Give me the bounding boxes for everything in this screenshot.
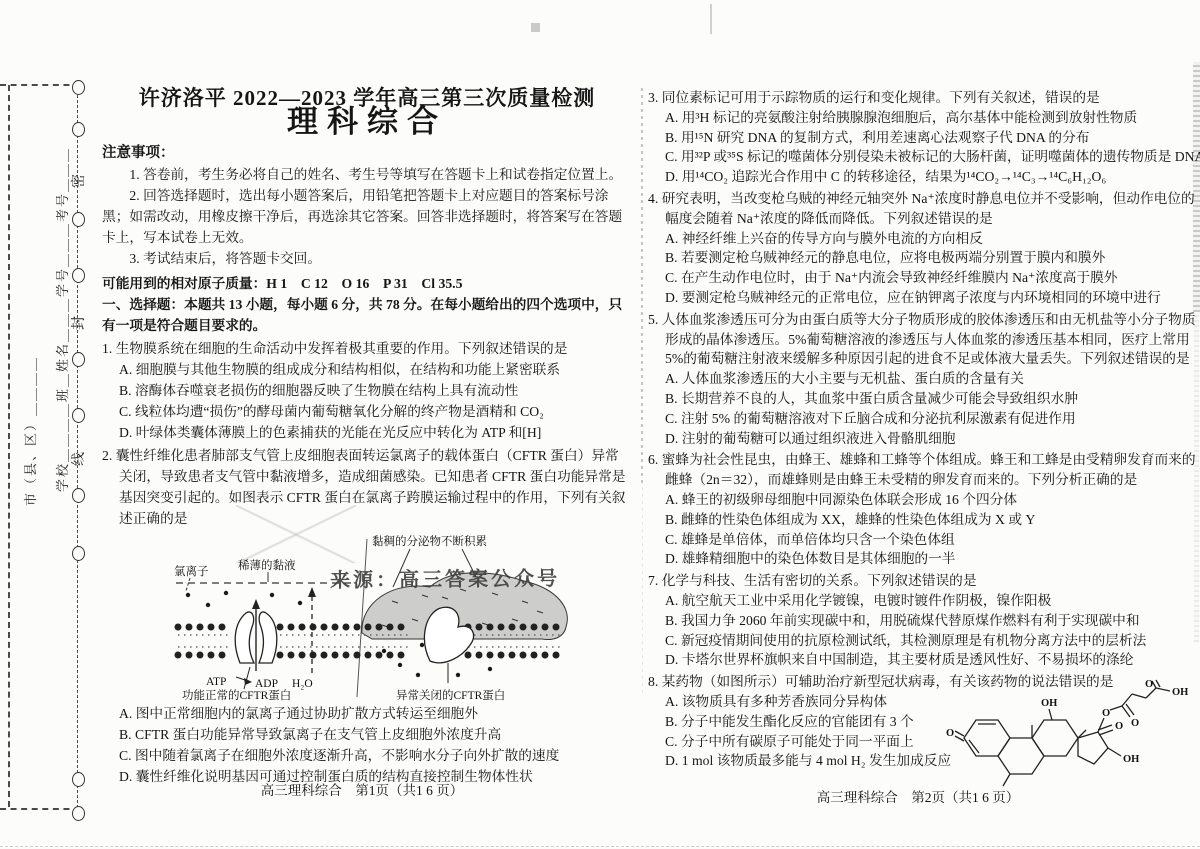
- question-7-option-d: D. 卡塔尔世界杯旗帜来自中国制造，其主要材质是透风性好、不易损坏的涤纶: [648, 650, 1196, 670]
- question-6-option-c: C. 雄蜂是单倍体，而单倍体均只含一个染色体组: [648, 530, 1196, 550]
- drug-structure-svg: O OH O O O OH O OH: [946, 678, 1196, 798]
- answer-source-watermark: 来源：高三答案公众号: [330, 562, 560, 593]
- notice-item: 1. 答卷前，考生务必将自己的姓名、考生号等填写在答题卡上和试卷指定位置上。: [102, 164, 632, 185]
- question-2-option-a: A. 图中正常细胞内的氯离子通过协助扩散方式转运至细胞外: [102, 703, 632, 724]
- question-7-option-c: C. 新冠疫情期间使用的抗原检测试纸，其检测原理是有机物分离方法中的层析法: [648, 631, 1196, 651]
- bottom-scan-edge: [0, 846, 1200, 847]
- question-7-stem: 7. 化学与科技、生活有密切的关系。下列叙述错误的是: [648, 571, 1196, 591]
- cftr-membrane-figure: 黏稠的分泌物不断积累 稀薄的黏液 氯离子: [160, 531, 590, 703]
- registration-mark: [710, 4, 712, 34]
- question-6-option-a: A. 蜂王的初级卵母细胞中同源染色体联会形成 16 个四分体: [648, 490, 1196, 510]
- page-1-footer: 高三理科综合 第1页（共1 6 页）: [102, 779, 622, 799]
- figure-label-chloride: 氯离子: [174, 564, 209, 578]
- question-3-option-c: C. 用³²P 或³⁵S 标记的噬菌体分别侵染未被标记的大肠杆菌，证明噬菌体的遗…: [648, 147, 1196, 167]
- question-1-option-d: D. 叶绿体类囊体薄膜上的色素捕获的光能在光反应中转化为 ATP 和[H]: [102, 422, 632, 443]
- figure-label-abnormal-protein: 异常关闭的CFTR蛋白: [396, 688, 505, 702]
- chem-label-hydroxyl-top: OH: [1041, 698, 1057, 709]
- question-1-option-b: B. 溶酶体吞噬衰老损伤的细胞器反映了生物膜在结构上具有流动性: [102, 380, 632, 401]
- chem-label-ester-o: O: [1102, 708, 1110, 719]
- figure-label-normal-protein: 功能正常的CFTR蛋白: [182, 688, 291, 702]
- notice-item: 2. 回答选择题时，选出每小题答案后，用铅笔把答题卡上对应题目的答案标号涂黑；如…: [102, 185, 632, 248]
- scanned-exam-page: 密 封 线 学校＿＿＿＿班＿姓名＿＿＿学号＿＿＿考号＿＿＿ 市（县、区）＿＿＿＿…: [0, 0, 1200, 849]
- question-1-option-a: A. 细胞膜与其他生物膜的组成成分和结构相似，在结构和功能上紧密联系: [102, 359, 632, 380]
- page-2-footer: 高三理科综合 第2页（共1 6 页）: [648, 786, 1188, 806]
- page-1-column: 许济洛平 2022—2023 学年高三第三次质量检测 理科综合 注意事项： 1.…: [102, 88, 632, 787]
- question-6-option-d: D. 雄蜂精细胞中的染色体数目是其体细胞的一半: [648, 549, 1196, 569]
- figure-label-adp: ADP: [255, 678, 278, 690]
- question-4-option-d: D. 要测定枪乌贼神经元的正常电位，应在钠钾离子浓度与内环境相同的环境中进行: [648, 288, 1196, 308]
- drug-structure-figure: O OH O O O OH O OH: [946, 678, 1196, 798]
- seal-circle: [72, 772, 85, 787]
- notice-heading: 注意事项：: [102, 143, 632, 164]
- question-3-stem: 3. 同位素标记可用于示踪物质的运行和变化规律。下列有关叙述，错误的是: [648, 88, 1196, 108]
- seal-circle: [72, 212, 85, 227]
- question-7: 7. 化学与科技、生活有密切的关系。下列叙述错误的是 A. 航空航天工业中采用化…: [648, 571, 1196, 670]
- question-5-option-a: A. 人体血浆渗透压的大小主要与无机盐、蛋白质的含量有关: [648, 369, 1196, 389]
- seal-circle: [72, 546, 85, 561]
- question-3-option-d: D. 用¹⁴CO₂ 追踪光合作用中 C 的转移途径，结果为¹⁴CO₂→¹⁴C₃→…: [648, 167, 1196, 187]
- registration-mark: [531, 23, 540, 32]
- section-1-intro: 一、选择题：本题共 13 小题，每小题 6 分，共 78 分。在每小题给出的四个…: [102, 294, 632, 336]
- question-5-stem: 5. 人体血浆渗透压可分为由蛋白质等大分子物质形成的胶体渗透压和由无机盐等小分子…: [648, 310, 1196, 369]
- chem-label-acid-o: O: [1145, 679, 1153, 690]
- question-4-stem: 4. 研究表明，当改变枪乌贼的神经元轴突外 Na⁺浓度时静息电位并不受影响，但动…: [648, 189, 1196, 229]
- chem-label-hydroxyl-bottom: OH: [1123, 754, 1139, 765]
- seal-circle: [72, 408, 85, 423]
- seal-circle: [72, 80, 85, 95]
- question-6-option-b: B. 雌蜂的性染色体组成为 XX，雄蜂的性染色体组成为 X 或 Y: [648, 510, 1196, 530]
- question-5-option-d: D. 注射的葡萄糖可以通过组织液进入骨骼肌细胞: [648, 429, 1196, 449]
- question-4-option-c: C. 在产生动作电位时，由于 Na⁺内流会导致神经纤维膜内 Na⁺浓度高于膜外: [648, 268, 1196, 288]
- center-fold-line: [641, 88, 643, 483]
- seal-circle: [72, 122, 85, 137]
- question-3-option-b: B. 用¹⁵N 研究 DNA 的复制方式，利用差速离心法观察子代 DNA 的分布: [648, 128, 1196, 148]
- question-1: 1. 生物膜系统在细胞的生命活动中发挥着极其重要的作用。下列叙述错误的是 A. …: [102, 338, 632, 443]
- question-6: 6. 蜜蜂为社会性昆虫，由蜂王、雄蜂和工蜂等个体组成。蜂王和工蜂是由受精卵发育而…: [648, 450, 1196, 569]
- question-7-option-b: B. 我国力争 2060 年前实现碳中和，用脱硫煤代替原煤作燃料有利于实现碳中和: [648, 611, 1196, 631]
- notice-item: 3. 考试结束后，将答题卡交回。: [102, 248, 632, 269]
- seal-char-mi: 密: [68, 172, 88, 188]
- question-4-option-b: B. 若要测定枪乌贼神经元的静息电位，应将电极两端分别置于膜内和膜外: [648, 248, 1196, 268]
- question-7-option-a: A. 航空航天工业中采用化学镀镍，电镀时镀件作阴极，镍作阳极: [648, 591, 1196, 611]
- seal-circle: [72, 352, 85, 367]
- seal-circle: [72, 806, 85, 821]
- question-2-stem: 2. 囊性纤维化患者肺部支气管上皮细胞表面转运氯离子的载体蛋白（CFTR 蛋白）…: [102, 445, 632, 529]
- question-4: 4. 研究表明，当改变枪乌贼的神经元轴突外 Na⁺浓度时静息电位并不受影响，但动…: [648, 189, 1196, 308]
- subject-title: 理科综合: [102, 111, 632, 132]
- figure-label-thick-mucus: 黏稠的分泌物不断积累: [372, 534, 487, 548]
- chem-label-ester-carbonyl-o: O: [1131, 718, 1139, 729]
- figure-label-water: H₂O: [292, 678, 313, 690]
- question-5: 5. 人体血浆渗透压可分为由蛋白质等大分子物质形成的胶体渗透压和由无机盐等小分子…: [648, 310, 1196, 449]
- seal-circle: [72, 488, 85, 503]
- seal-line-inner: [77, 85, 78, 813]
- question-5-option-b: B. 长期营养不良的人，其血浆中蛋白质含量减少可能会导致组织水肿: [648, 389, 1196, 409]
- seal-circle: [72, 268, 85, 283]
- question-2: 2. 囊性纤维化患者肺部支气管上皮细胞表面转运氯离子的载体蛋白（CFTR 蛋白）…: [102, 445, 632, 787]
- seal-line-bottom: [0, 808, 80, 810]
- seal-line-top: [0, 84, 80, 86]
- seal-line-outer: [8, 85, 10, 807]
- question-2-option-c: C. 图中随着氯离子在细胞外浓度逐渐升高，不影响水分子向外扩散的速度: [102, 745, 632, 766]
- seal-char-feng: 封: [68, 314, 88, 330]
- cftr-diagram-svg: 黏稠的分泌物不断积累 稀薄的黏液 氯离子: [160, 531, 590, 703]
- atomic-mass-line: 可能用到的相对原子质量：H 1 C 12 O 16 P 31 Cl 35.5: [102, 273, 632, 294]
- chem-label-ketone-left: O: [946, 728, 954, 739]
- question-4-option-a: A. 神经纤维上兴奋的传导方向与膜外电流的方向相反: [648, 229, 1196, 249]
- chem-label-acid-oh: OH: [1172, 687, 1188, 698]
- question-2-option-b: B. CFTR 蛋白功能异常导致氯离子在支气管上皮细胞外浓度升高: [102, 724, 632, 745]
- district-field: 市（县、区）＿＿＿＿: [20, 356, 39, 506]
- question-6-stem: 6. 蜜蜂为社会性昆虫，由蜂王、雄蜂和工蜂等个体组成。蜂王和工蜂是由受精卵发育而…: [648, 450, 1196, 490]
- question-1-option-c: C. 线粒体均遭“损伤”的酵母菌内葡萄糖氧化分解的终产物是酒精和 CO₂: [102, 401, 632, 422]
- center-fold-line-faint: [642, 483, 643, 693]
- question-5-option-c: C. 注射 5% 的葡萄糖溶液对下丘脑合成和分泌抗利尿激素有促进作用: [648, 409, 1196, 429]
- figure-label-thin-mucus: 稀薄的黏液: [238, 558, 296, 572]
- question-3-option-a: A. 用³H 标记的亮氨酸注射给胰腺腺泡细胞后，高尔基体中能检测到放射性物质: [648, 108, 1196, 128]
- student-info-fields: 学校＿＿＿＿班＿姓名＿＿＿学号＿＿＿考号＿＿＿: [52, 147, 71, 492]
- question-3: 3. 同位素标记可用于示踪物质的运行和变化规律。下列有关叙述，错误的是 A. 用…: [648, 88, 1196, 187]
- page-2-column: 3. 同位素标记可用于示踪物质的运行和变化规律。下列有关叙述，错误的是 A. 用…: [648, 86, 1196, 771]
- figure-label-atp: ATP: [206, 676, 226, 688]
- seal-char-xian: 线: [68, 450, 88, 466]
- question-1-stem: 1. 生物膜系统在细胞的生命活动中发挥着极其重要的作用。下列叙述错误的是: [102, 338, 632, 359]
- chem-label-ketone-right: O: [1115, 721, 1123, 732]
